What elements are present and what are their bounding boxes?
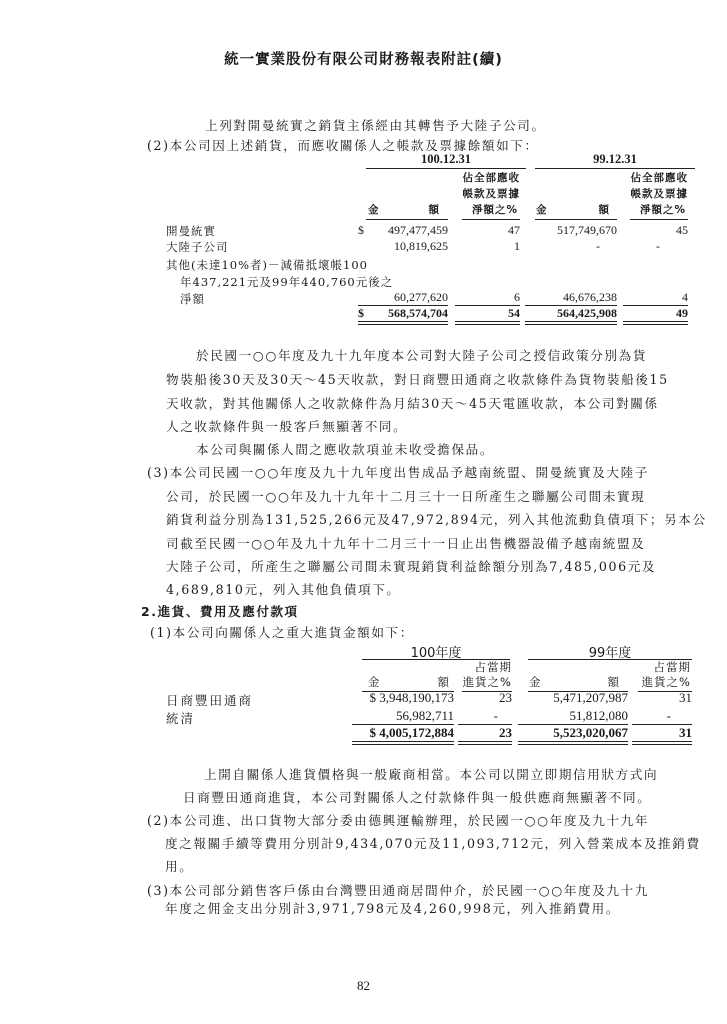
- amount-100: 10,819,625: [366, 239, 448, 254]
- pct-100: 1: [462, 239, 520, 254]
- header-rule: [630, 219, 688, 220]
- item3-line: 司截至民國一○○年及九十九年十二月三十一日止出售機器設備予越南統盟及: [166, 535, 645, 553]
- pct-header-line3: 淨額之%: [608, 202, 686, 218]
- amount-100: 497,477,459: [366, 223, 448, 238]
- pct-header-line1: 占當期: [615, 659, 691, 675]
- amount-100: 56,982,711: [352, 708, 454, 724]
- page-title: 統一實業股份有限公司財務報表附註(續): [0, 48, 727, 69]
- credit-policy-line: 於民國一○○年度及九十九年度本公司對大陸子公司之授信政策分別為貨: [196, 347, 647, 365]
- currency-sign: $: [358, 223, 364, 238]
- row-label: 日商豐田通商: [166, 691, 253, 709]
- amount-header-left: 金: [529, 674, 549, 690]
- period-header-100: 100.12.31: [366, 152, 526, 167]
- pct-99: -: [638, 708, 671, 724]
- item2-line: (2)本公司進、出口貨物大部分委由德興運輸辦理，於民國一○○年度及九十九年: [147, 812, 649, 830]
- item3-line: 年度之佣金支出分別計3,971,798元及4,260,998元，列入推銷費用。: [165, 900, 620, 918]
- pct-header-line2: 進貨之%: [440, 674, 512, 690]
- amount-header-right: 額: [590, 202, 610, 218]
- pct-header-line2: 帳款及票據: [608, 186, 688, 202]
- item2-line: 度之報關手續等費用分別計9,434,070元及11,093,712元，列入營業成…: [165, 835, 701, 853]
- amount-100: $ 3,948,190,173: [352, 690, 454, 706]
- pct-99: 4: [630, 290, 688, 305]
- pct-header-line1: 占當期: [440, 659, 512, 675]
- item3-line: 4,689,810元，列入其他負債項下。: [166, 581, 401, 599]
- credit-policy-line: 物裝船後30天及30天～45天收款，對日商豐田通商之收款條件為貨物裝船後15: [166, 371, 669, 389]
- pct-header-line2: 進貨之%: [615, 674, 691, 690]
- intro-line: 上列對開曼統實之銷貨主係經由其轉售予大陸子公司。: [205, 117, 546, 135]
- period-header-99: 99.12.31: [535, 152, 695, 167]
- header-rule: [462, 219, 520, 220]
- period-rule: [366, 168, 526, 169]
- total-amount-100: $ 4,005,172,884: [352, 725, 454, 741]
- amount-99: -: [525, 239, 600, 254]
- pct-99: -: [630, 239, 660, 254]
- currency-sign: $: [358, 306, 364, 321]
- row-label: 大陸子公司: [166, 239, 229, 255]
- total-double-rule: [458, 741, 512, 745]
- pct-100: 47: [462, 223, 520, 238]
- total-pct-99: 31: [638, 725, 692, 741]
- amount-header-right: 額: [420, 202, 440, 218]
- item3-line: 大陸子公司，所產生之聯屬公司間未實現銷貨利益餘額分別為7,485,006元及: [166, 558, 656, 576]
- total-double-rule: [455, 321, 520, 325]
- header-rule: [366, 219, 448, 220]
- total-double-rule: [518, 741, 628, 745]
- item3-line: (3)本公司部分銷售客戶係由台灣豐田通商居間仲介，於民國一○○年度及九十九: [147, 882, 649, 900]
- pct-header-line3: 淨額之%: [440, 202, 518, 218]
- section2-heading: 2.進貨、費用及應付款項: [141, 603, 299, 621]
- total-double-rule: [525, 321, 617, 325]
- amount-100: 60,277,620: [366, 290, 448, 305]
- item2-line: 用。: [165, 858, 193, 876]
- total-double-rule: [623, 321, 688, 325]
- total-amount-99: 5,523,020,067: [518, 725, 628, 741]
- page-number: 82: [0, 978, 727, 994]
- amount-99: 517,749,670: [525, 223, 617, 238]
- amount-99: 5,471,207,987: [520, 690, 628, 706]
- period-rule: [535, 168, 695, 169]
- total-pct-100: 23: [462, 725, 512, 741]
- header-rule: [535, 219, 617, 220]
- amount-header-left: 金: [368, 674, 388, 690]
- total-amount-100: 568,574,704: [366, 306, 448, 321]
- row-label: 開曼統實: [166, 223, 216, 239]
- pct-header-line1: 佔全部應收: [608, 170, 688, 186]
- row-label-line3: 淨額: [180, 291, 205, 307]
- pct-100: 6: [462, 290, 520, 305]
- amount-header-right: 額: [430, 674, 450, 690]
- pct-header-line2: 帳款及票據: [440, 186, 520, 202]
- pct-header-line1: 佔全部應收: [440, 170, 520, 186]
- row-label-line2: 年437,221元及99年440,760元後之: [180, 274, 393, 290]
- total-double-rule: [358, 321, 448, 325]
- amount-header-left: 金: [368, 202, 388, 218]
- pct-99: 31: [638, 690, 692, 706]
- total-pct-99: 49: [630, 306, 688, 321]
- pct-100: -: [462, 708, 498, 724]
- total-pct-100: 54: [462, 306, 520, 321]
- price-line: 上開自關係人進貨價格與一般廠商相當。本公司以開立即期信用狀方式向: [204, 766, 658, 784]
- row-label-line1: 其他(未達10%者)－減備抵壞帳100: [166, 257, 368, 273]
- pct-99: 45: [630, 223, 688, 238]
- amount-header-left: 金: [536, 202, 556, 218]
- price-line: 日商豐田通商進貨，本公司對關係人之付款條件與一般供應商無顯著不同。: [183, 789, 651, 807]
- credit-policy-line: 人之收款條件與一般客戶無顯著不同。: [166, 418, 407, 436]
- credit-policy-line: 天收款，對其他關係人之收款條件為月結30天～45天電匯收款，本公司對關係: [166, 395, 659, 413]
- amount-header-right: 額: [600, 674, 620, 690]
- amount-99: 51,812,080: [520, 708, 628, 724]
- item3-line: 公司，於民國一○○年及九十九年十二月三十一日所產生之聯屬公司間未實現: [166, 488, 645, 506]
- total-double-rule: [632, 741, 692, 745]
- item1-heading: (1)本公司向關係人之重大進貨金額如下：: [150, 624, 414, 642]
- item3-line: (3)本公司民國一○○年度及九十九年度出售成品予越南統盟、開曼統實及大陸子: [147, 464, 649, 482]
- collateral-line: 本公司與關係人間之應收款項並未收受擔保品。: [196, 441, 494, 459]
- amount-99: 46,676,238: [525, 290, 617, 305]
- total-amount-99: 564,425,908: [525, 306, 617, 321]
- total-double-rule: [352, 741, 454, 745]
- item3-line: 銷貨利益分別為131,525,266元及47,972,894元，列入其他流動負債…: [166, 511, 707, 529]
- pct-100: 23: [462, 690, 512, 706]
- row-label: 統清: [166, 709, 195, 727]
